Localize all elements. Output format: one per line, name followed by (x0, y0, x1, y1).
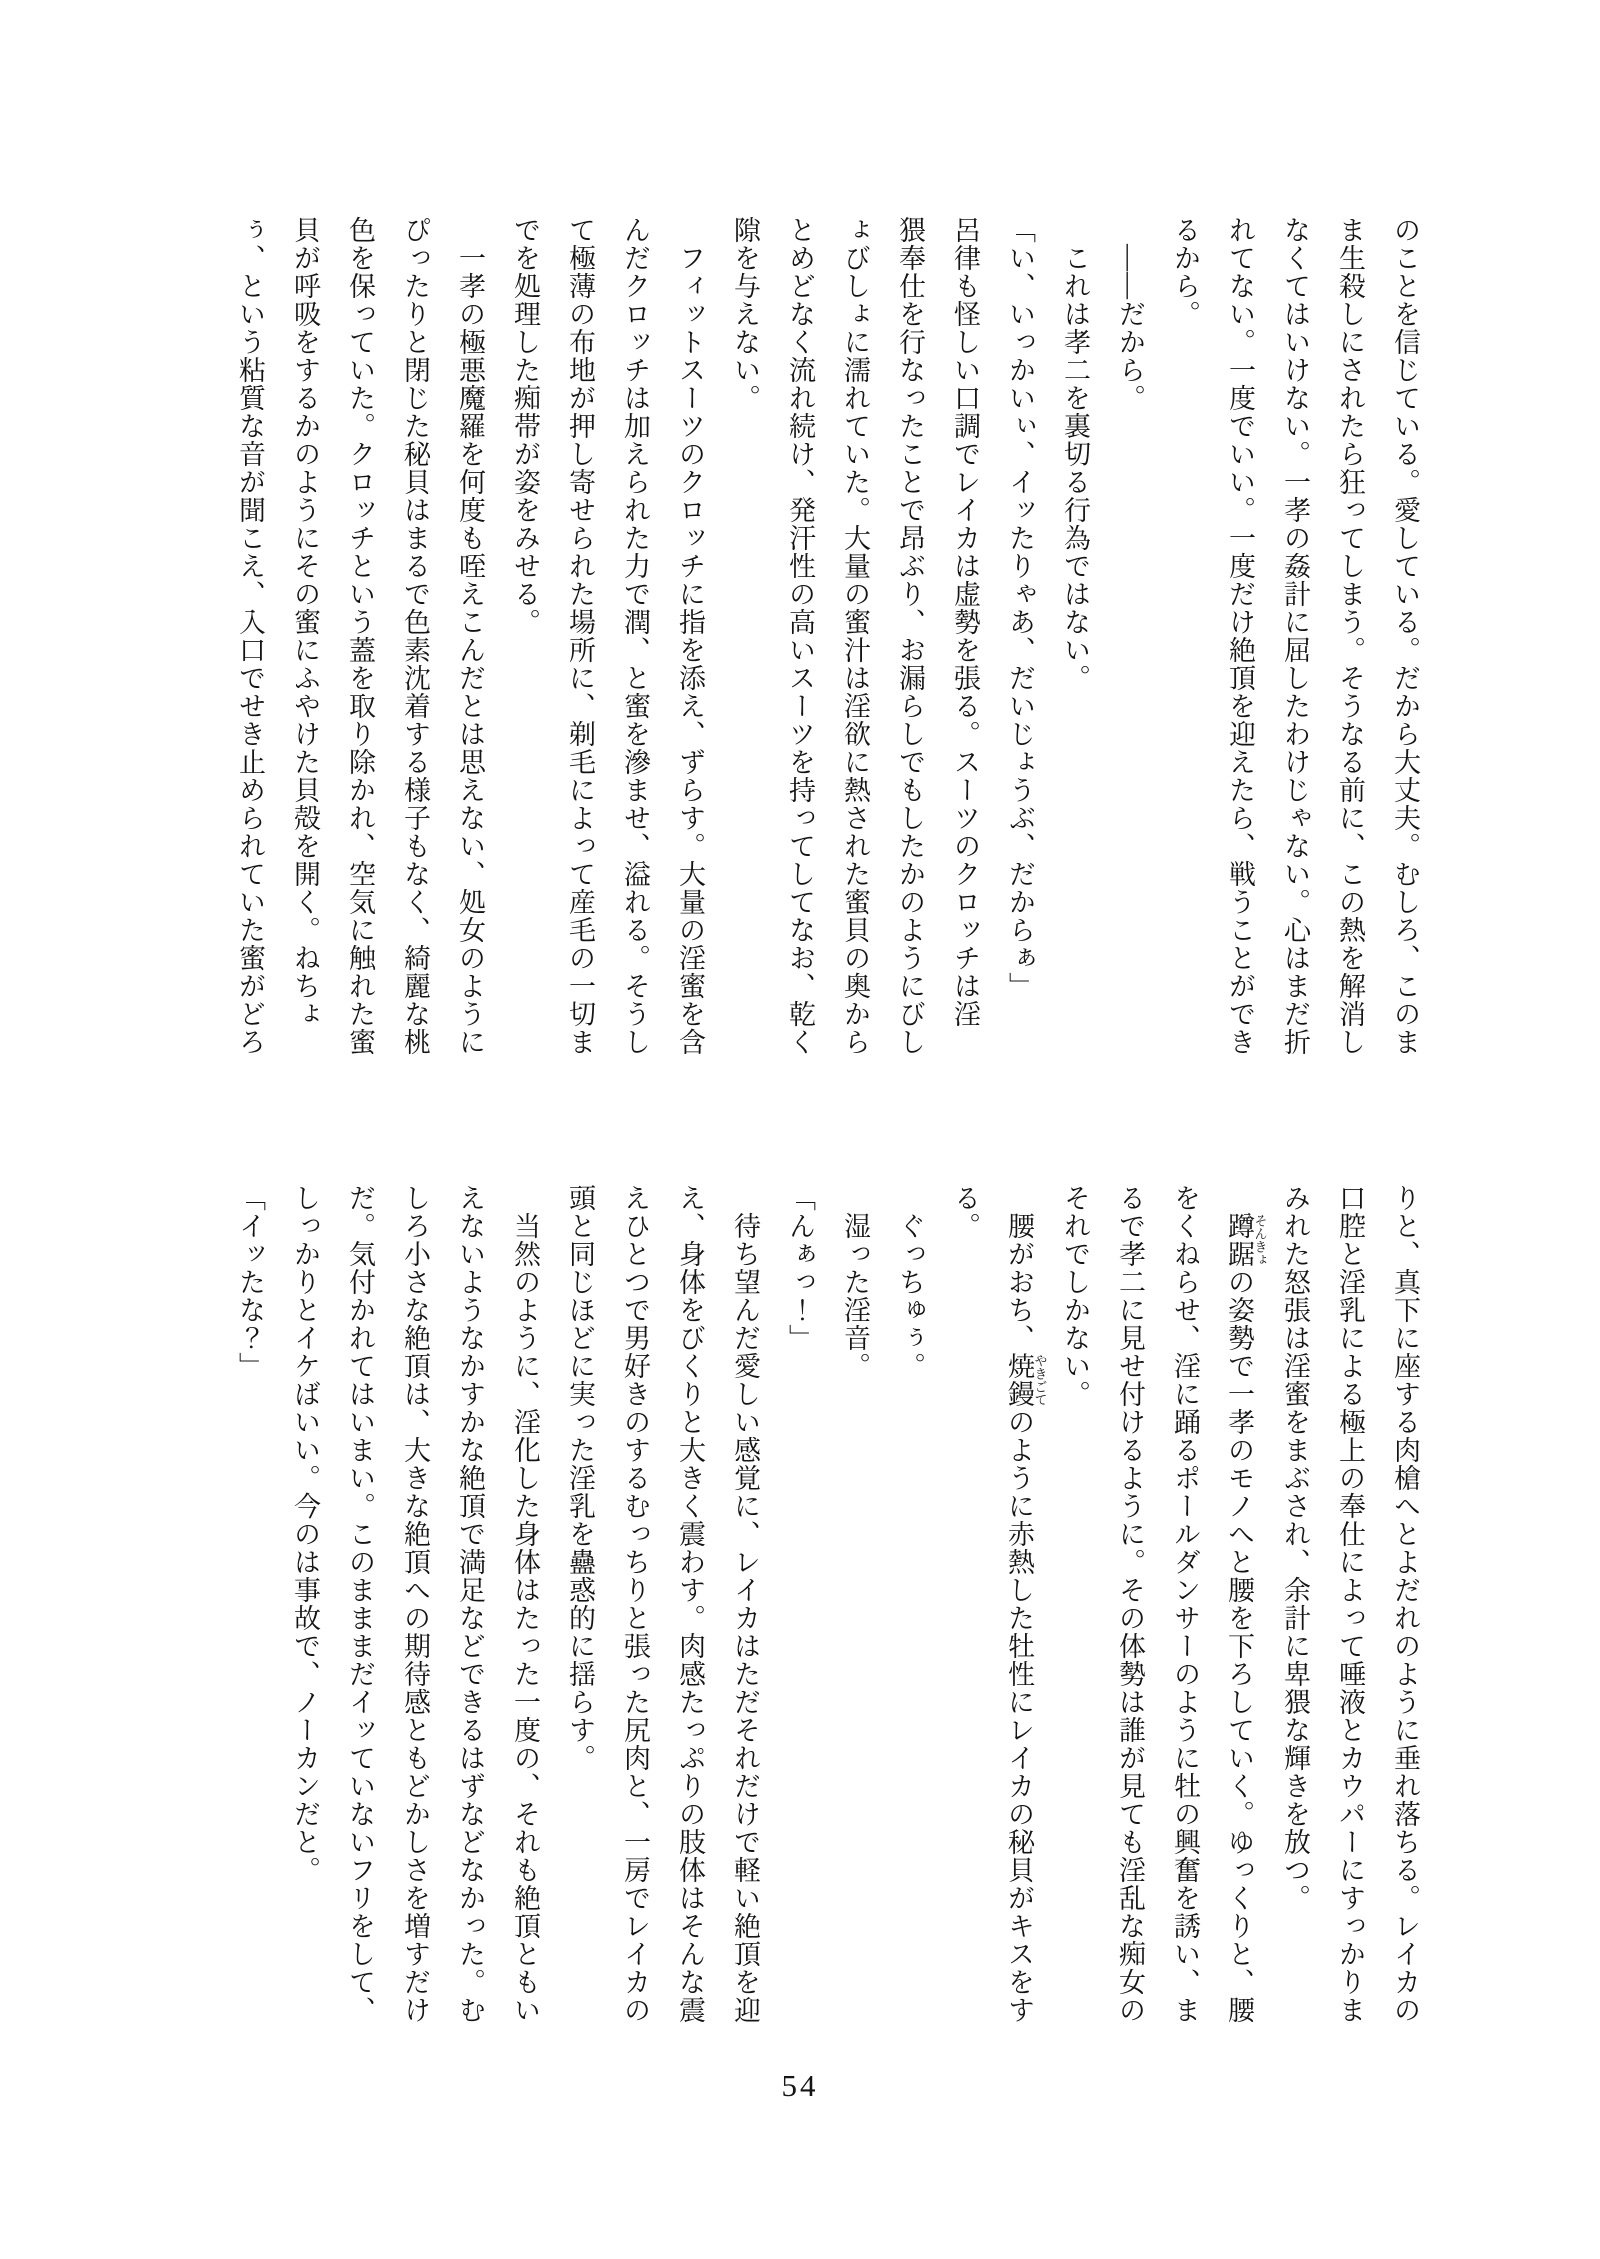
ruby-base-text: 蹲踞 (1224, 1212, 1254, 1268)
text-column: ょびしょに濡れていた。大量の蜜汁は淫欲に熱された蜜貝の奥から (827, 216, 882, 1064)
text-column: でを処理した痴帯が姿をみせる。 (497, 216, 552, 1064)
furigana-text: やきごて (1033, 1352, 1048, 1408)
text-column: フィットスーツのクロッチに指を添え、ずらす。大量の淫蜜を含 (662, 216, 717, 1064)
ruby-pre-text: 腰がおち、 (1004, 1212, 1034, 1352)
text-column: とめどなく流れ続け、発汗性の高いスーツを持ってしてなお、乾く (772, 216, 827, 1064)
text-column: それでしかない。 (1047, 1184, 1102, 2032)
text-column: をくねらせ、淫に踊るポールダンサーのように牡の興奮を誘い、ま (1157, 1184, 1212, 2032)
document-page: のことを信じている。愛している。だから大丈夫。むしろ、このま ま生殺しにされたら… (0, 0, 1600, 2259)
text-column: ぅ、という粘質な音が聞こえ、入口でせき止められていた蜜がどろ (222, 216, 277, 1064)
ruby-word: 焼鏝やきごて (1004, 1352, 1034, 1408)
text-column: ぐっちゅぅ。 (882, 1184, 937, 2032)
top-text-block: のことを信じている。愛している。だから大丈夫。むしろ、このま ま生殺しにされたら… (222, 216, 1432, 1068)
text-column: ぴったりと閉じた秘貝はまるで色素沈着する様子もなく、綺麗な桃 (387, 216, 442, 1064)
text-column: 色を保っていた。クロッチという蓋を取り除かれ、空気に触れた蜜 (332, 216, 387, 1064)
text-column: 口腔と淫乳による極上の奉仕によって唾液とカウパーにすっかりま (1322, 1184, 1377, 2032)
ruby-base-text: 焼鏝 (1004, 1352, 1034, 1408)
text-column: 一孝の極悪魔羅を何度も咥えこんだとは思えない、処女のように (442, 216, 497, 1064)
text-column: しっかりとイケばいい。今のは事故で、ノーカンだと。 (277, 1184, 332, 2032)
text-column: 猥奉仕を行なったことで昂ぶり、お漏らしでもしたかのようにびし (882, 216, 937, 1064)
text-column: 待ち望んだ愛しい感覚に、レイカはただそれだけで軽い絶頂を迎 (717, 1184, 772, 2032)
text-column: のことを信じている。愛している。だから大丈夫。むしろ、このま (1377, 216, 1432, 1064)
text-column: るで孝二に見せ付けるように。その体勢は誰が見ても淫乱な痴女の (1102, 1184, 1157, 2032)
text-column: 貝が呼吸をするかのようにその蜜にふやけた貝殻を開く。ねちょ (277, 216, 332, 1064)
text-column: え、身体をびくりと大きく震わす。肉感たっぷりの肢体はそんな震 (662, 1184, 717, 2032)
text-column: ――だから。 (1102, 216, 1157, 1064)
text-column: れてない。一度でいい。一度だけ絶頂を迎えたら、戦うことができ (1212, 216, 1267, 1064)
ruby-word: 蹲踞そんきょ (1224, 1212, 1254, 1268)
ruby-post-text: の姿勢で一孝のモノへと腰を下ろしていく。ゆっくりと、腰 (1224, 1268, 1254, 2024)
text-column: みれた怒張は淫蜜をまぶされ、余計に卑猥な輝きを放つ。 (1267, 1184, 1322, 2032)
text-column: て極薄の布地が押し寄せられた場所に、剃毛によって産毛の一切ま (552, 216, 607, 1064)
text-column: りと、真下に座する肉槍へとよだれのように垂れ落ちる。レイカの (1377, 1184, 1432, 2032)
text-column: 隙を与えない。 (717, 216, 772, 1064)
text-column: 当然のように、淫化した身体はたった一度の、それも絶頂ともい (497, 1184, 552, 2032)
furigana-text: そんきょ (1253, 1212, 1268, 1268)
text-column: これは孝二を裏切る行為ではない。 (1047, 216, 1102, 1064)
page-number: 54 (0, 2068, 1600, 2104)
text-column-with-ruby: 腰がおち、焼鏝やきごてのように赤熱した牡性にレイカの秘貝がキスをす (992, 1184, 1047, 2032)
text-column: 呂律も怪しい口調でレイカは虚勢を張る。スーツのクロッチは淫 (937, 216, 992, 1064)
ruby-post-text: のように赤熱した牡性にレイカの秘貝がキスをす (1004, 1408, 1034, 2024)
text-column: 「んぁっ！」 (772, 1184, 827, 2032)
text-column: えないようなかすかな絶頂で満足などできるはずなどなかった。む (442, 1184, 497, 2032)
text-column-with-ruby: 蹲踞そんきょの姿勢で一孝のモノへと腰を下ろしていく。ゆっくりと、腰 (1212, 1184, 1267, 2032)
text-column: だ。気付かれてはいまい。このまままだイッていないフリをして、 (332, 1184, 387, 2032)
text-column: なくてはいけない。一孝の姦計に屈したわけじゃない。心はまだ折 (1267, 216, 1322, 1064)
text-column: ま生殺しにされたら狂ってしまう。そうなる前に、この熱を解消し (1322, 216, 1377, 1064)
bottom-text-block: りと、真下に座する肉槍へとよだれのように垂れ落ちる。レイカの 口腔と淫乳による極… (222, 1184, 1432, 2036)
text-column: る。 (937, 1184, 992, 2032)
text-column: えひとつで男好きのするむっちりと張った尻肉と、一房でレイカの (607, 1184, 662, 2032)
text-column: 湿った淫音。 (827, 1184, 882, 2032)
text-column: 「イッたな？」 (222, 1184, 277, 2032)
text-column: 頭と同じほどに実った淫乳を蠱惑的に揺らす。 (552, 1184, 607, 2032)
text-column: んだクロッチは加えられた力で潤、と蜜を滲ませ、溢れる。そうし (607, 216, 662, 1064)
text-column: 「い、いっかいぃ、イッたりゃあ、だいじょうぶ、だからぁ」 (992, 216, 1047, 1064)
text-column: るから。 (1157, 216, 1212, 1064)
text-column: しろ小さな絶頂は、大きな絶頂への期待感ともどかしさを増すだけ (387, 1184, 442, 2032)
